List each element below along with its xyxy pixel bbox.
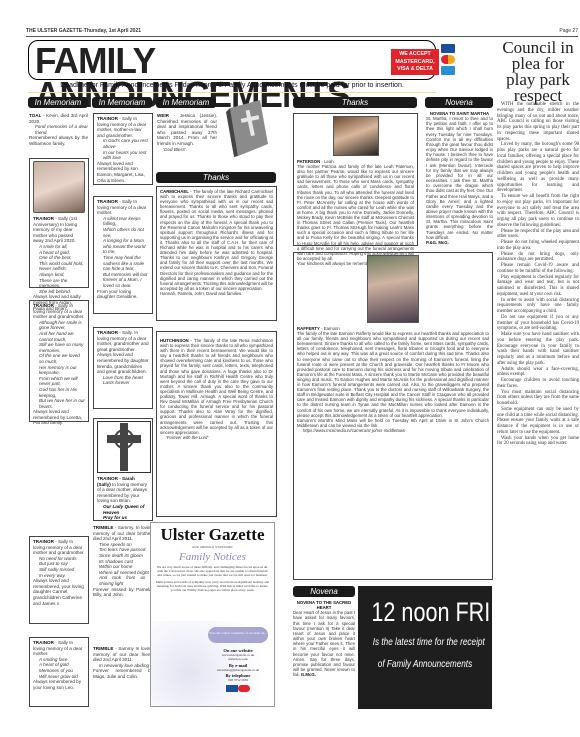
novena-header: Novena [293, 586, 355, 597]
notice-carmichael: CARMICHAEL - The family of the late Rich… [156, 186, 277, 321]
in-memoriam-header: In Memoriam [28, 97, 88, 108]
notice-paterson: PATERSON - Leah The mother Patricia and … [293, 113, 418, 246]
visa-icon [441, 44, 455, 53]
deadline-advert: 12 noon FRIDAY Is the latest time for th… [358, 586, 492, 709]
contact-info: On our website www.ulstergazette.co.uk u… [206, 647, 270, 694]
mastercard-icon [441, 55, 455, 64]
family-announcements-banner: FAMILY ANNOUNCEMENTS WE ACCEPT MASTERCAR… [28, 40, 436, 80]
notice-toal: TOAL - Kevin, died 3rd April 2020. Fond … [29, 113, 88, 147]
accept-line: VISA & DELTA [391, 66, 439, 74]
mastercard-icon [238, 685, 250, 692]
notice-trainor-3: TRAINOR - Sally In loving memory of a de… [29, 536, 89, 624]
accept-line: MASTERCARD, [391, 59, 439, 67]
telephone-number: 028 3752 2639 [206, 678, 270, 682]
payment-accept-badge: WE ACCEPT MASTERCARD, VISA & DELTA [391, 49, 439, 75]
notice-trainor-6: TRAINOR - Sally In loving memory of a de… [93, 196, 153, 314]
deadline-line: of Family Announcements [373, 657, 478, 671]
mass-stream-link[interactable]: https://www.mcnmedia.tv/camera/st-johns-… [297, 428, 489, 433]
thanks-header: Thanks [156, 172, 276, 183]
deadline-big: 12 noon FRIDAY [371, 598, 478, 627]
celtic-cross-icon [97, 421, 151, 473]
novena-sacred-heart: NOVENA TO THE SACRED HEART Dear Heart of… [293, 600, 355, 677]
page-header: THE ULSTER GAZETTE-Thursday, 1st April 2… [26, 27, 578, 37]
email-link[interactable]: advertising@ulstergazette.co.uk [206, 668, 270, 672]
notice-trainor-4: TRAINOR - Sally In loving memory of a de… [29, 637, 89, 707]
accept-line: WE ACCEPT [391, 51, 439, 59]
portrait-photo [367, 255, 419, 323]
deadline-line: Is the latest time for the receipt [373, 635, 478, 649]
council-article-header: Council in plea for play park respect [497, 40, 579, 104]
masthead-sub: AND ARMAGH STANDARD [151, 545, 274, 549]
in-memoriam-header: In Memoriam [92, 97, 152, 108]
notice-trainor-1: TRAINOR - Sally (1st Anniversary) In lov… [29, 158, 89, 288]
card-logos [206, 685, 270, 693]
notice-trainor-5: TRAINOR - Sally In loving memory of a de… [93, 113, 153, 185]
novena-header: Novena [425, 97, 493, 108]
notice-rafferty: RAFFERTY - Eamonn The family of the late… [293, 252, 493, 580]
advert-paragraph: Main notices and words of sympathy now c… [151, 580, 274, 593]
council-article-body: WITH the noticeable stretch in the eveni… [497, 102, 579, 447]
ulster-gazette-masthead: Ulster Gazette [151, 525, 274, 545]
portrait-photo [333, 116, 379, 156]
visa-icon [226, 685, 238, 692]
delta-icon [441, 66, 455, 75]
article-headline: Council in plea for play park respect [497, 40, 579, 104]
notice-trainor-2: TRAINOR - Sally In loving memory of a de… [29, 300, 89, 422]
portrait-photo [33, 161, 85, 213]
notice-trimble-1: TRIMBLE - Sammy. In loving memory of our… [93, 525, 153, 598]
thanks-header: Thanks [293, 97, 417, 108]
page-number: Page 27 [559, 28, 578, 34]
advert-paragraph: We are very much aware of these difficul… [151, 565, 274, 578]
family-notices-title: Family Notices [151, 551, 274, 563]
in-memoriam-header: In Memoriam [156, 97, 216, 108]
family-notices-advert: Ulster Gazette AND ARMAGH STANDARD Famil… [150, 522, 275, 707]
notice-trainor-8: TRAINOR - Sarah (Sally) In loving memory… [93, 418, 153, 521]
notice-trainor-7: TRAINOR - Sally. In loving memory of a d… [93, 327, 153, 409]
deadline-notice: Deadline for Family Announcements Friday… [28, 82, 436, 93]
notice-weir: WEIR - Jessica (Jessie). Cherished memor… [157, 113, 217, 152]
paper-dateline: THE ULSTER GAZETTE-Thursday, 1st April 2… [26, 28, 141, 34]
notice-trimble-2: TRIMBLE - Sammy In loving memory of our … [93, 646, 153, 680]
novena-saint-martha: NOVENA TO SAINT MARTHA St. Martha, I res… [426, 111, 493, 245]
card-logos [441, 44, 455, 78]
website-link[interactable]: ulsternet.co.uk [206, 657, 270, 661]
contact-pill: You can contact a member of our team on.… [208, 627, 268, 643]
notice-hutchinson: HUTCHINSON - The family of the late Rena… [156, 331, 277, 517]
bible-icon [224, 100, 270, 158]
